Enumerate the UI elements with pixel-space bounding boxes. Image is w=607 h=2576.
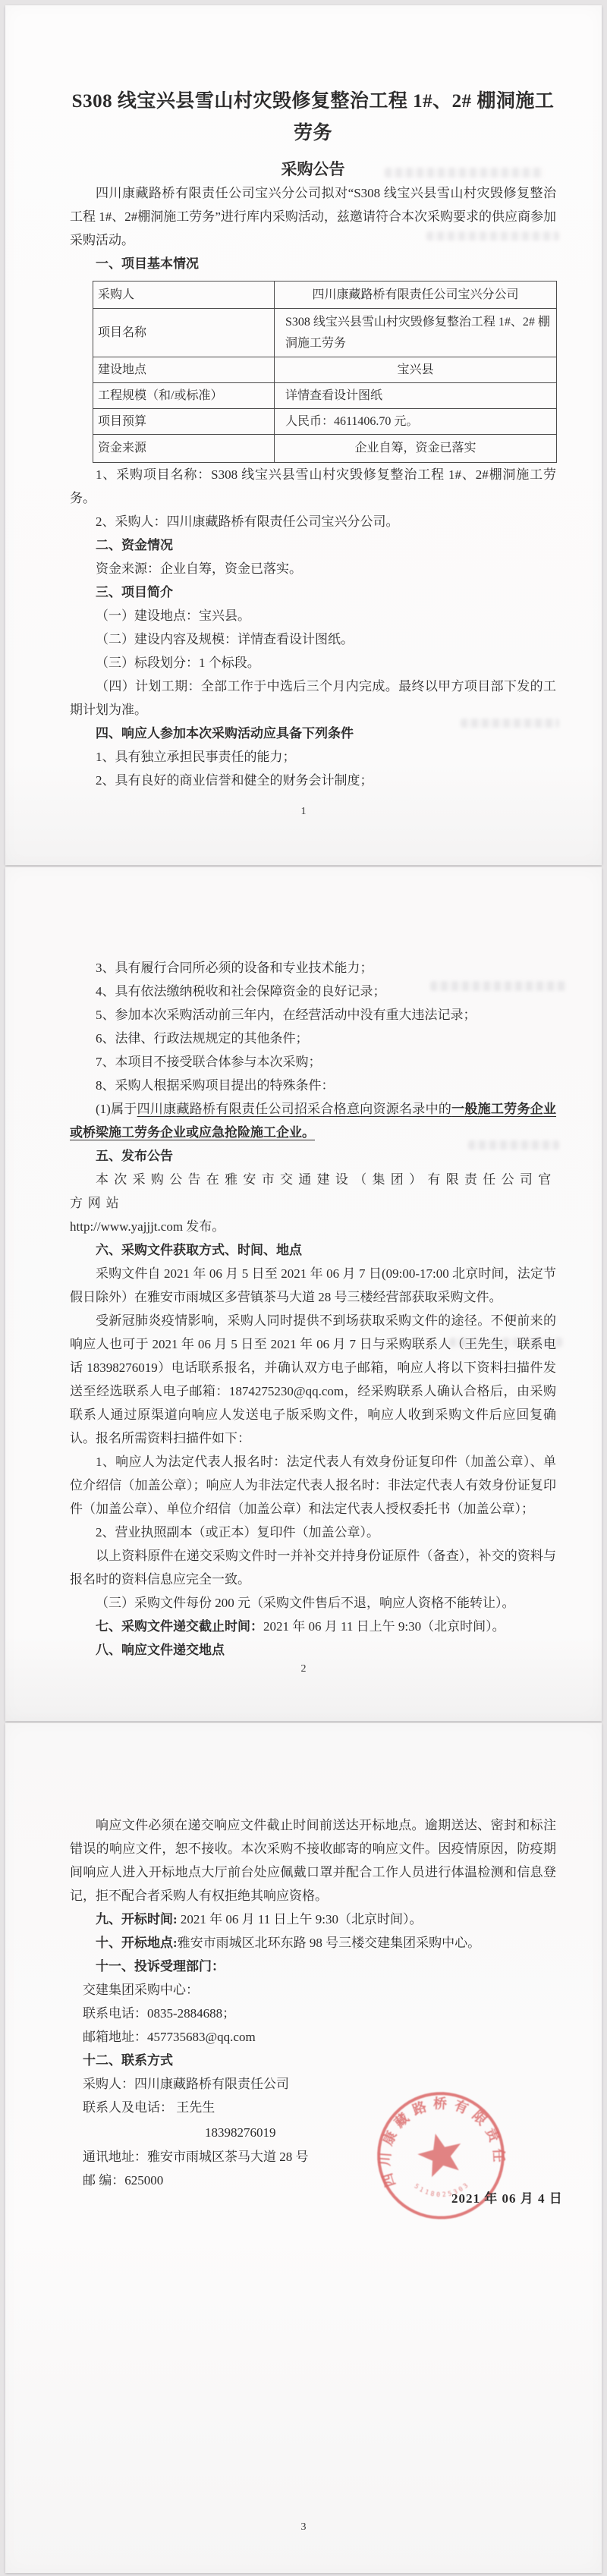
cell-value: 人民币：4611406.70 元。 [275, 409, 557, 435]
page-number: 2 [5, 1663, 602, 1675]
table-row: 资金来源 企业自筹，资金已落实 [93, 435, 557, 463]
body-paragraph: （三）采购文件每份 200 元（采购文件售后不退，响应人资格不能转让）。 [70, 1591, 556, 1615]
page-number: 1 [5, 806, 602, 818]
table-row: 项目预算 人民币：4611406.70 元。 [93, 409, 557, 435]
table-row: 工程规模（和/或标准） 详情查看设计图纸 [93, 383, 557, 409]
body-paragraph: 受新冠肺炎疫情影响，采购人同时提供不到场获取采购文件的途径。不便前来的响应人也可… [70, 1309, 556, 1450]
cell-value: 四川康藏路桥有限责任公司宝兴分公司 [275, 282, 557, 309]
cell-label: 采购人 [93, 282, 275, 309]
list-item: 1、响应人为法定代表人报名时：法定代表人有效身份证复印件（加盖公章）、单位介绍信… [70, 1450, 556, 1521]
cell-label: 建设地点 [93, 357, 275, 383]
table-row: 项目名称 S308 线宝兴县雪山村灾毁修复整治工程 1#、2# 棚洞施工劳务 [93, 309, 557, 357]
page-number: 3 [5, 2521, 602, 2534]
list-item: （一）建设地点：宝兴县。 [70, 604, 556, 627]
table-row: 采购人 四川康藏路桥有限责任公司宝兴分公司 [93, 282, 557, 309]
announcement-site-line: 本次采购公告在雅安市交通建设（集团）有限责任公司官方网站 [70, 1168, 556, 1215]
open-time-label: 九、开标时间: [96, 1912, 178, 1926]
project-info-table: 采购人 四川康藏路桥有限责任公司宝兴分公司 项目名称 S308 线宝兴县雪山村灾… [93, 281, 557, 463]
announcement-url: http://www.yajjjt.com 发布。 [70, 1215, 556, 1238]
list-item: 3、具有履行合同所必须的设备和专业技术能力； [70, 956, 556, 980]
document-page-2: 3、具有履行合同所必须的设备和专业技术能力； 4、具有依法缴纳税收和社会保障资金… [5, 867, 602, 1721]
body-paragraph: 以上资料原件在递交采购文件时一并补交并持身份证原件（备查），补交的资料与报名时的… [70, 1544, 556, 1591]
section-heading-1: 一、项目基本情况 [70, 252, 556, 275]
section-heading-2: 二、资金情况 [70, 533, 556, 557]
open-time-value: 2021 年 06 月 11 日上午 9:30（北京时间）。 [178, 1912, 423, 1926]
note-item: 1、采购项目名称：S308 线宝兴县雪山村灾毁修复整治工程 1#、2#棚洞施工劳… [70, 463, 556, 510]
issue-date: 2021 年 06 月 4 日 [451, 2188, 563, 2206]
cell-value: 详情查看设计图纸 [275, 383, 557, 409]
cell-value: 企业自筹，资金已落实 [275, 435, 557, 463]
list-item: （二）建设内容及规模：详情查看设计图纸。 [70, 627, 556, 651]
cell-value: S308 线宝兴县雪山村灾毁修复整治工程 1#、2# 棚洞施工劳务 [275, 309, 557, 357]
body-paragraph: 采购文件自 2021 年 06 月 5 日至 2021 年 06 月 7 日(0… [70, 1262, 556, 1309]
body-paragraph: 响应文件必须在递交响应文件截止时间前送达开标地点。逾期送达、密封和标注错误的响应… [70, 1813, 556, 1908]
list-item: （三）标段划分：1 个标段。 [70, 651, 556, 675]
purchaser-line: 采购人：四川康藏路桥有限责任公司 [70, 2072, 556, 2096]
scan-bleed-artifact [449, 1338, 563, 1347]
scan-bleed-artifact [461, 719, 559, 728]
special-condition-clause: (1)属于四川康藏路桥有限责任公司招采合格意向资源名录中的一般施工劳务企业或桥梁… [70, 1097, 556, 1144]
cell-label: 项目预算 [93, 409, 275, 435]
list-item: 2、具有良好的商业信誉和健全的财务会计制度； [70, 769, 556, 792]
open-place-value: 雅安市雨城区北环东路 98 号三楼交建集团采购中心。 [178, 1936, 481, 1950]
scan-bleed-artifact [430, 981, 567, 991]
cell-value: 宝兴县 [275, 357, 557, 383]
list-item: （四）计划工期：全部工作于中选后三个月内完成。最终以甲方项目部下发的工期计划为准… [70, 675, 556, 722]
section-heading-12: 十二、联系方式 [70, 2049, 556, 2072]
table-row: 建设地点 宝兴县 [93, 357, 557, 383]
section-heading-8: 八、响应文件递交地点 [70, 1638, 556, 1662]
contact-email-line: 邮箱地址：457735683@qq.com [70, 2025, 556, 2049]
document-page-1: S308 线宝兴县雪山村灾毁修复整治工程 1#、2# 棚洞施工劳务 采购公告 四… [5, 5, 602, 865]
clause-prefix: (1)属于 [96, 1102, 137, 1116]
mailing-address-line: 通讯地址：雅安市雨城区茶马大道 28 号 [70, 2145, 556, 2169]
scan-bleed-artifact [426, 231, 559, 241]
contact-line: 交建集团采购中心： [70, 1978, 556, 2002]
contact-person-phone: 18398276019 [205, 2121, 556, 2145]
deadline-value: 2021 年 06 月 11 日上午 9:30（北京时间）。 [263, 1619, 505, 1634]
cell-label: 工程规模（和/或标准） [93, 383, 275, 409]
cell-label: 资金来源 [93, 435, 275, 463]
list-item: 1、具有独立承担民事责任的能力； [70, 745, 556, 769]
list-item: 5、参加本次采购活动前三年内，在经营活动中没有重大违法记录； [70, 1003, 556, 1027]
contact-person-line: 联系人及电话： 王先生 [70, 2096, 556, 2119]
intro-paragraph: 四川康藏路桥有限责任公司宝兴分公司拟对“S308 线宝兴县雪山村灾毁修复整治工程… [70, 181, 556, 252]
deadline-label: 七、采购文件递交截止时间： [96, 1619, 263, 1634]
scan-bleed-artifact [385, 168, 544, 178]
list-item: 6、法律、行政法规规定的其他条件； [70, 1027, 556, 1050]
contact-phone-line: 联系电话：0835-2884688； [70, 2002, 556, 2025]
section-heading-3: 三、项目简介 [70, 580, 556, 604]
open-place-label: 十、开标地点: [96, 1936, 178, 1950]
section-heading-7: 七、采购文件递交截止时间：2021 年 06 月 11 日上午 9:30（北京时… [70, 1615, 556, 1638]
section-heading-11: 十一、投诉受理部门： [70, 1955, 556, 1978]
list-item: 8、采购人根据采购项目提出的特殊条件： [70, 1074, 556, 1097]
document-title: S308 线宝兴县雪山村灾毁修复整治工程 1#、2# 棚洞施工劳务 [70, 5, 556, 149]
note-item: 2、采购人：四川康藏路桥有限责任公司宝兴分公司。 [70, 510, 556, 533]
scan-bleed-artifact [468, 1140, 559, 1150]
clause-underlined-text: 四川康藏路桥有限责任公司招采合格意向资源名录中的 [137, 1102, 451, 1116]
funding-source-line: 资金来源：企业自筹，资金已落实。 [70, 557, 556, 580]
cell-label: 项目名称 [93, 309, 275, 357]
section-heading-9: 九、开标时间: 2021 年 06 月 11 日上午 9:30（北京时间）。 [70, 1908, 556, 1931]
section-heading-6: 六、采购文件获取方式、时间、地点 [70, 1238, 556, 1262]
list-item: 2、营业执照副本（或正本）复印件（加盖公章）。 [70, 1521, 556, 1544]
section-heading-10: 十、开标地点:雅安市雨城区北环东路 98 号三楼交建集团采购中心。 [70, 1931, 556, 1955]
document-page-3: 响应文件必须在递交响应文件截止时间前送达开标地点。逾期送达、密封和标注错误的响应… [5, 1723, 602, 2573]
list-item: 7、本项目不接受联合体参与本次采购； [70, 1050, 556, 1074]
